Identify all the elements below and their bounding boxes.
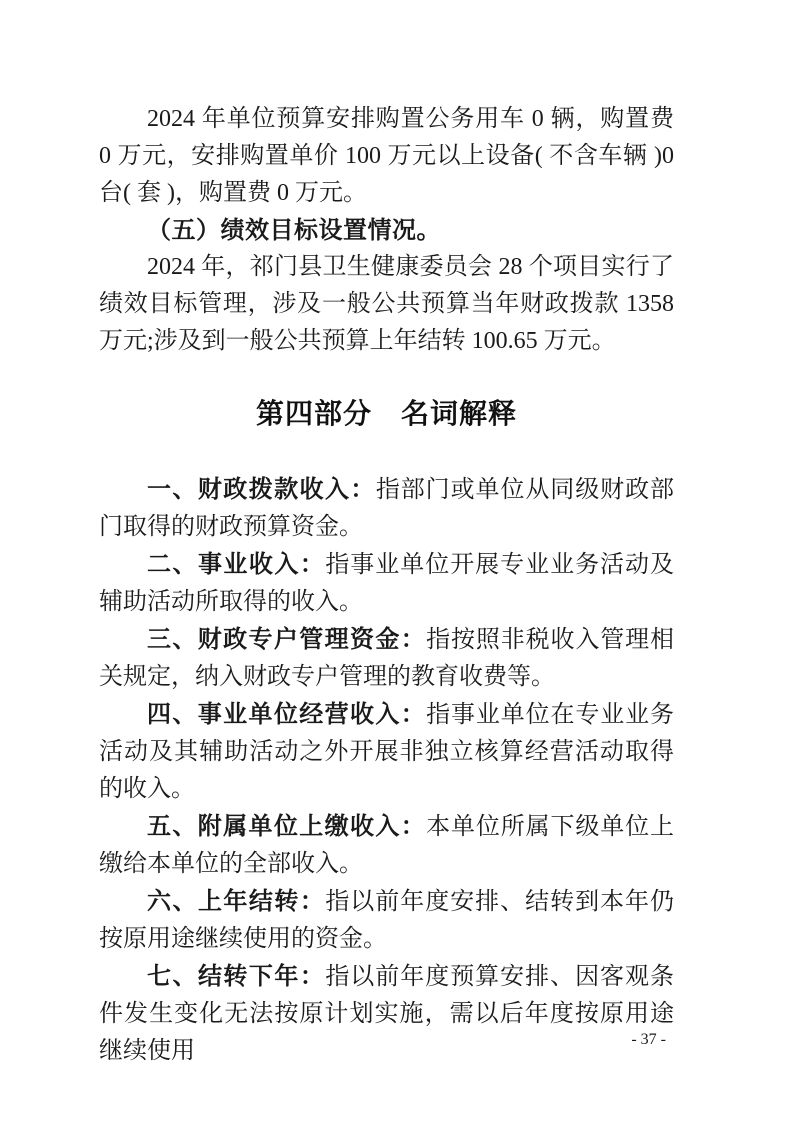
document-content: 2024 年单位预算安排购置公务用车 0 辆，购置费 0 万元，安排购置单价 1… bbox=[99, 101, 674, 1070]
section-title: 第四部分 名词解释 bbox=[99, 392, 674, 436]
document-page: 2024 年单位预算安排购置公务用车 0 辆，购置费 0 万元，安排购置单价 1… bbox=[0, 0, 793, 1122]
definition-term: 一、财政拨款收入： bbox=[147, 476, 376, 503]
definition-item: 四、事业单位经营收入：指事业单位在专业业务活动及其辅助活动之外开展非独立核算经营… bbox=[99, 696, 674, 808]
heading-performance-goals: （五）绩效目标设置情况。 bbox=[99, 212, 674, 249]
definition-term: 五、附属单位上缴收入： bbox=[147, 813, 426, 840]
definition-term: 七、结转下年： bbox=[147, 963, 325, 990]
definition-item: 七、结转下年：指以前年度预算安排、因客观条件发生变化无法按原计划实施，需以后年度… bbox=[99, 958, 674, 1070]
definition-item: 一、财政拨款收入：指部门或单位从同级财政部门取得的财政预算资金。 bbox=[99, 471, 674, 546]
definition-item: 六、上年结转：指以前年度安排、结转到本年仍按原用途继续使用的资金。 bbox=[99, 883, 674, 958]
definition-item: 五、附属单位上缴收入：本单位所属下级单位上缴给本单位的全部收入。 bbox=[99, 808, 674, 883]
definition-term: 三、财政专户管理资金： bbox=[147, 626, 426, 653]
page-number: - 37 - bbox=[631, 1031, 666, 1049]
definition-item: 三、财政专户管理资金：指按照非税收入管理相关规定，纳入财政专户管理的教育收费等。 bbox=[99, 621, 674, 696]
paragraph-vehicle-purchase: 2024 年单位预算安排购置公务用车 0 辆，购置费 0 万元，安排购置单价 1… bbox=[99, 101, 674, 212]
definition-term: 六、上年结转： bbox=[147, 888, 325, 915]
definition-term: 四、事业单位经营收入： bbox=[147, 701, 426, 728]
definition-term: 二、事业收入： bbox=[147, 551, 325, 578]
paragraph-performance-goals: 2024 年，祁门县卫生健康委员会 28 个项目实行了绩效目标管理，涉及一般公共… bbox=[99, 249, 674, 360]
definition-item: 二、事业收入：指事业单位开展专业业务活动及辅助活动所取得的收入。 bbox=[99, 546, 674, 621]
